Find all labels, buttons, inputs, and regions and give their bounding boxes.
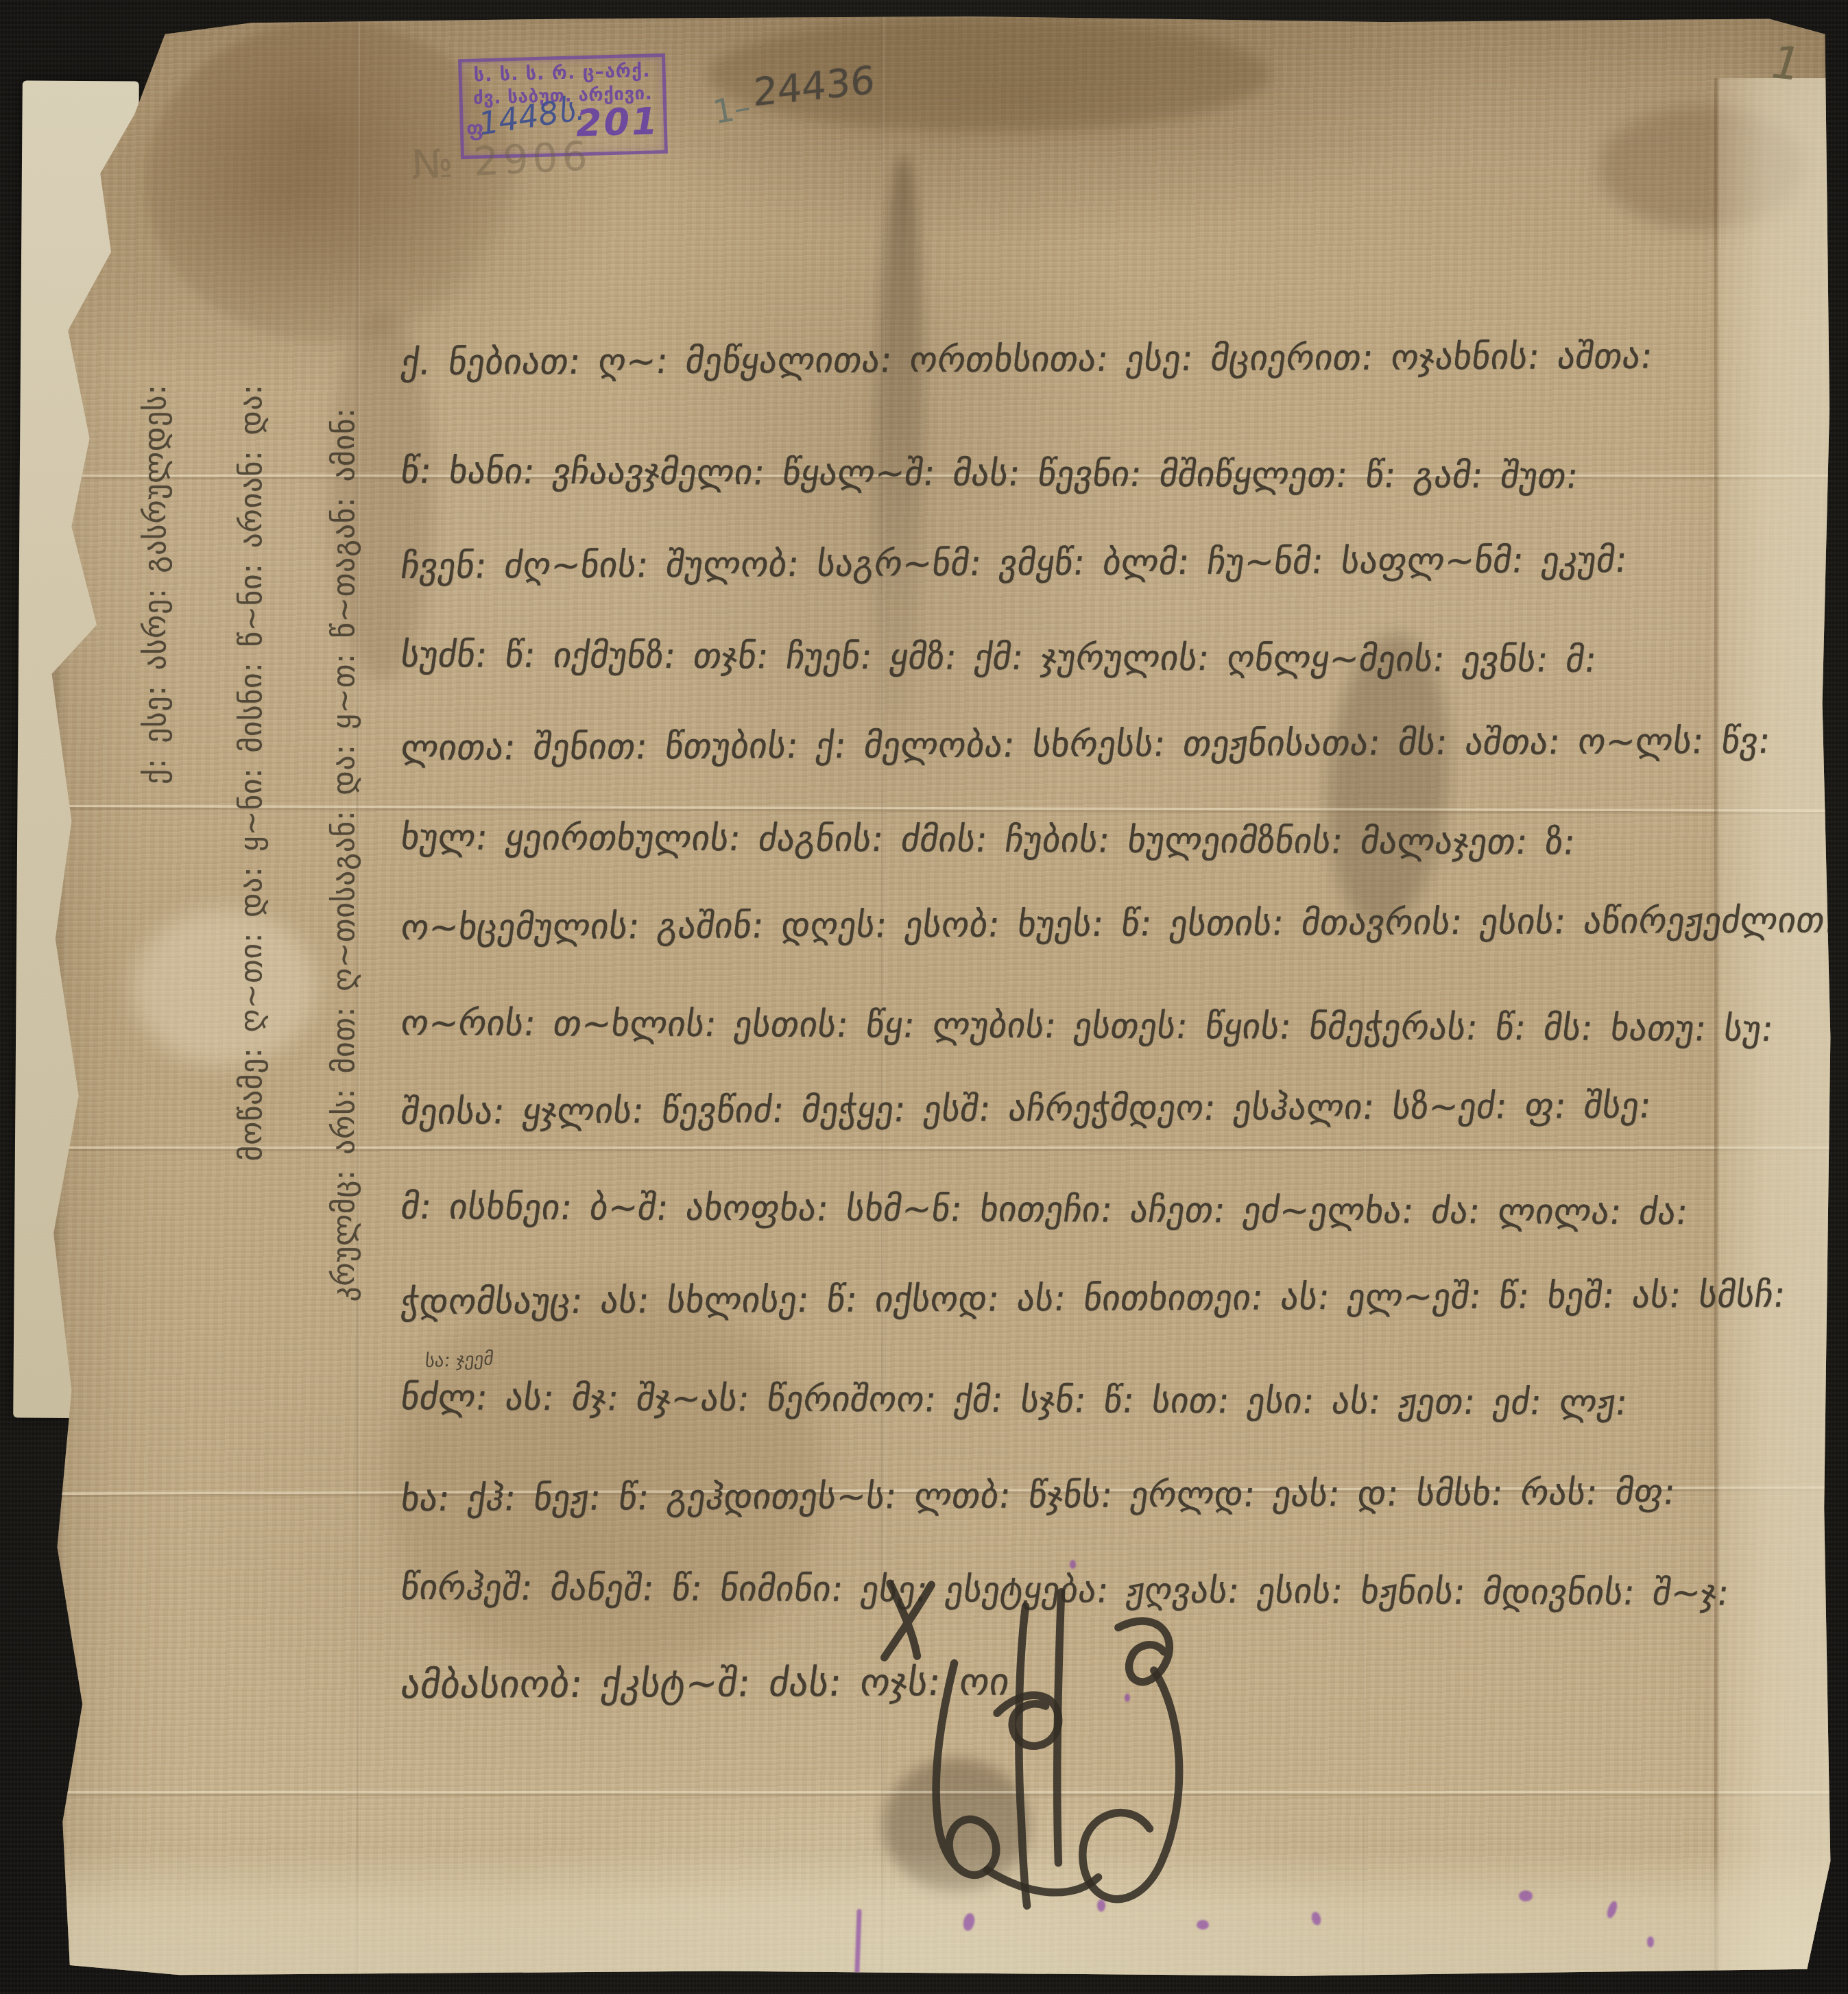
manuscript-line: ნძლ: ას: მჯ: შჯ~ას: წერიშოო: ქმ: სჯნ: წ:… bbox=[398, 1378, 1631, 1424]
monogram-stroke bbox=[1118, 1621, 1170, 1682]
manuscript-line: ხულ: ყეირთხულის: ძაგნის: ძმის: ჩუბის: ხუ… bbox=[398, 817, 1579, 863]
document-scan: { "archive_stamp": { "line1": "ს. ს. ს. … bbox=[0, 0, 1848, 1994]
purple-ink-spot bbox=[1070, 1560, 1076, 1569]
manuscript-line: ჭდომსაუც: ას: სხლისე: წ: იქსოდ: ას: ნითხ… bbox=[398, 1275, 1788, 1323]
purple-ink-spot bbox=[1647, 1936, 1654, 1947]
manuscript-line: ლითა: შენით: წთუბის: ქ: მელობა: სხრესს: … bbox=[398, 721, 1773, 769]
purple-ink-spot bbox=[1197, 1920, 1209, 1930]
monogram-stroke bbox=[997, 1695, 1059, 1746]
royal-monogram-signature bbox=[843, 1563, 1186, 1920]
manuscript-line: წ: ხანი: ვჩაავჯმელი: წყალ~შ: მას: წევნი:… bbox=[398, 451, 1581, 496]
manuscript-paper: ს. ს. ს. რ. ც–არქ. ძვ. საბუთ. არქივი. ფ … bbox=[36, 16, 1832, 1979]
margin-note-column: კრულმც: არს: მით: ღ~თისაგან: და: ყ~თ: წ~… bbox=[327, 407, 361, 1301]
manuscript-line: ქ. ნებიათ: ღ~: მეწყალითა: ორთხსითა: ესე:… bbox=[398, 336, 1655, 383]
margin-note-column: მოწამე: ღ~თი: და: ყ~ნი: მისნი: წ~ნი: არი… bbox=[235, 384, 269, 1161]
manuscript-line: სუძნ: წ: იქმუნზ: თჯნ: ჩუენ: ყმზ: ქმ: ჯურ… bbox=[398, 635, 1600, 681]
purple-ink-spot bbox=[1097, 1899, 1105, 1912]
purple-ink-spot bbox=[1519, 1890, 1533, 1901]
purple-ink-spot bbox=[1125, 1694, 1130, 1702]
manuscript-line: ო~ხცემულის: გაშინ: დღეს: ესობ: ხუეს: წ: … bbox=[398, 900, 1840, 948]
monogram-stroke bbox=[1019, 1606, 1027, 1906]
manuscript-line: მ: ისხნეი: ბ~შ: ახოფხა: სხმ~ნ: ხითეჩი: ა… bbox=[398, 1187, 1691, 1233]
margin-note-column: ქ: ესე: ასრე: გასრულდეს: bbox=[139, 384, 173, 784]
interline-insert-note: სა: ჯეემ bbox=[424, 1348, 494, 1371]
monogram-stroke bbox=[885, 1583, 932, 1657]
manuscript-line: შეისა: ყჯლის: წევწიძ: მეჭყე: ესშ: აჩრეჭმ… bbox=[398, 1085, 1654, 1133]
manuscript-line: ხა: ქჰ: ნეჟ: წ: გეჰდითეს~ს: ლთბ: წჯნს: ე… bbox=[398, 1472, 1678, 1519]
manuscript-line: ო~რის: თ~ხლის: ესთის: წყ: ლუბის: ესთეს: … bbox=[398, 1003, 1777, 1050]
paper-worn-spot bbox=[132, 908, 317, 1066]
monogram-stroke bbox=[1083, 1670, 1179, 1899]
monogram-stroke bbox=[936, 1663, 996, 1875]
manuscript-line: ჩვენ: ძღ~ნის: შულობ: საგრ~ნმ: ვმყწ: ბლმ:… bbox=[398, 540, 1630, 587]
